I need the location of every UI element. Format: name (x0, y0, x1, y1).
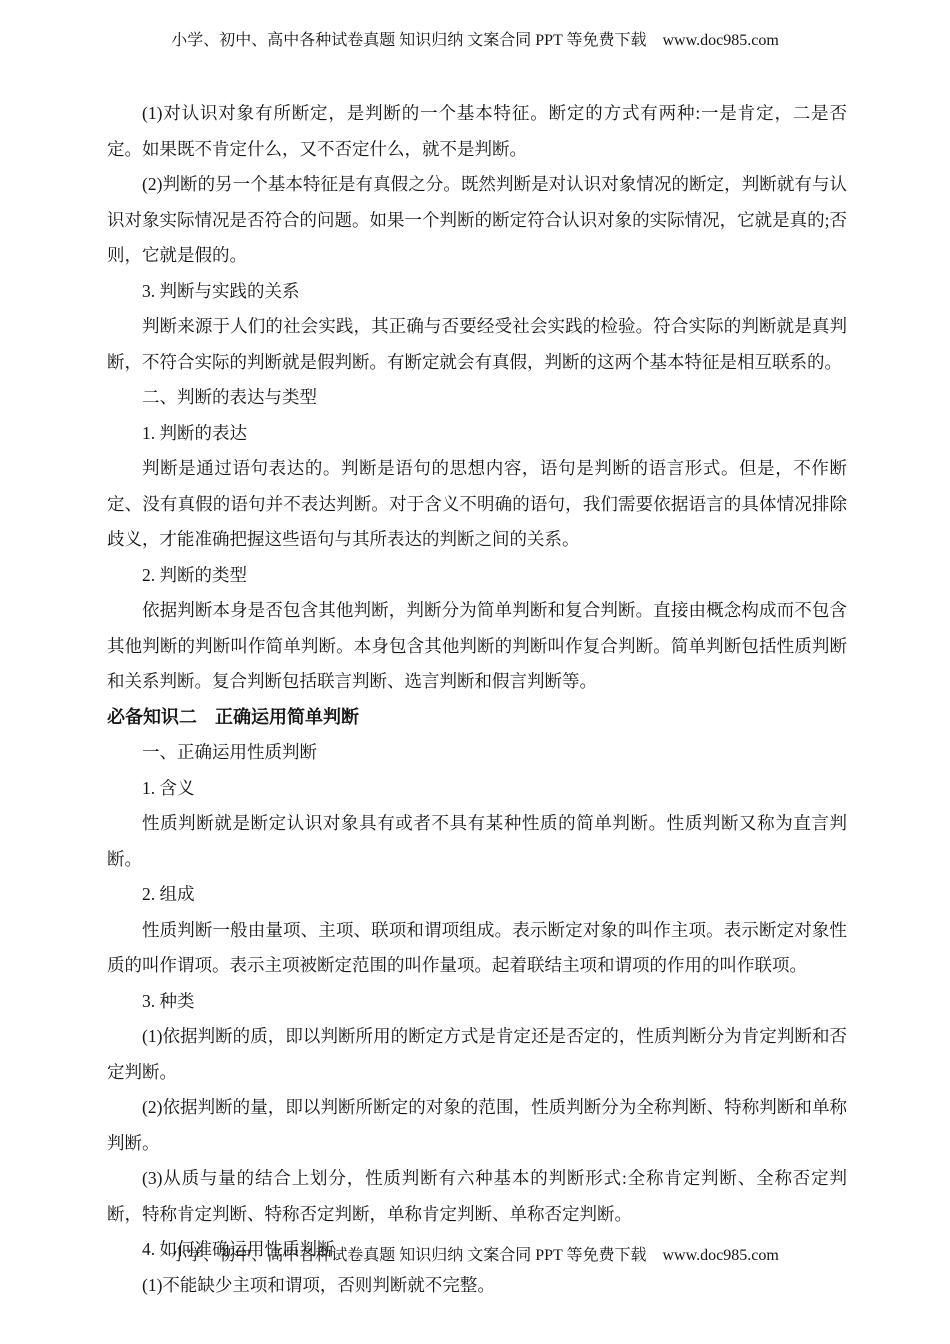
paragraph: (2)依据判断的量，即以判断所断定的对象的范围，性质判断分为全称判断、特称判断和… (107, 1090, 847, 1161)
paragraph: 3. 种类 (107, 984, 847, 1020)
page-footer-watermark: 小学、初中、高中各种试卷真题 知识归纳 文案合同 PPT 等免费下载 www.d… (0, 1243, 950, 1269)
paragraph: 3. 判断与实践的关系 (107, 274, 847, 310)
paragraph: 性质判断就是断定认识对象具有或者不具有某种性质的简单判断。性质判断又称为直言判断… (107, 806, 847, 877)
paragraph: 判断是通过语句表达的。判断是语句的思想内容，语句是判断的语言形式。但是，不作断定… (107, 451, 847, 558)
paragraph: (1)依据判断的质，即以判断所用的断定方式是肯定还是否定的，性质判断分为肯定判断… (107, 1019, 847, 1090)
paragraph: (1)对认识对象有所断定，是判断的一个基本特征。断定的方式有两种:一是肯定，二是… (107, 96, 847, 167)
paragraph: 1. 含义 (107, 771, 847, 807)
paragraph: 2. 判断的类型 (107, 558, 847, 594)
paragraph: 必备知识二 正确运用简单判断 (107, 700, 847, 736)
paragraph: 一、正确运用性质判断 (107, 735, 847, 771)
paragraph: 2. 组成 (107, 877, 847, 913)
document-body: (1)对认识对象有所断定，是判断的一个基本特征。断定的方式有两种:一是肯定，二是… (107, 96, 847, 1303)
paragraph: (1)不能缺少主项和谓项，否则判断就不完整。 (107, 1268, 847, 1304)
paragraph: 依据判断本身是否包含其他判断，判断分为简单判断和复合判断。直接由概念构成而不包含… (107, 593, 847, 700)
paragraph: 判断来源于人们的社会实践，其正确与否要经受社会实践的检验。符合实际的判断就是真判… (107, 309, 847, 380)
paragraph: (3)从质与量的结合上划分，性质判断有六种基本的判断形式:全称肯定判断、全称否定… (107, 1161, 847, 1232)
page-header-watermark: 小学、初中、高中各种试卷真题 知识归纳 文案合同 PPT 等免费下载 www.d… (0, 28, 950, 54)
paragraph: 1. 判断的表达 (107, 416, 847, 452)
paragraph: (2)判断的另一个基本特征是有真假之分。既然判断是对认识对象情况的断定，判断就有… (107, 167, 847, 274)
paragraph: 性质判断一般由量项、主项、联项和谓项组成。表示断定对象的叫作主项。表示断定对象性… (107, 913, 847, 984)
paragraph: 二、判断的表达与类型 (107, 380, 847, 416)
